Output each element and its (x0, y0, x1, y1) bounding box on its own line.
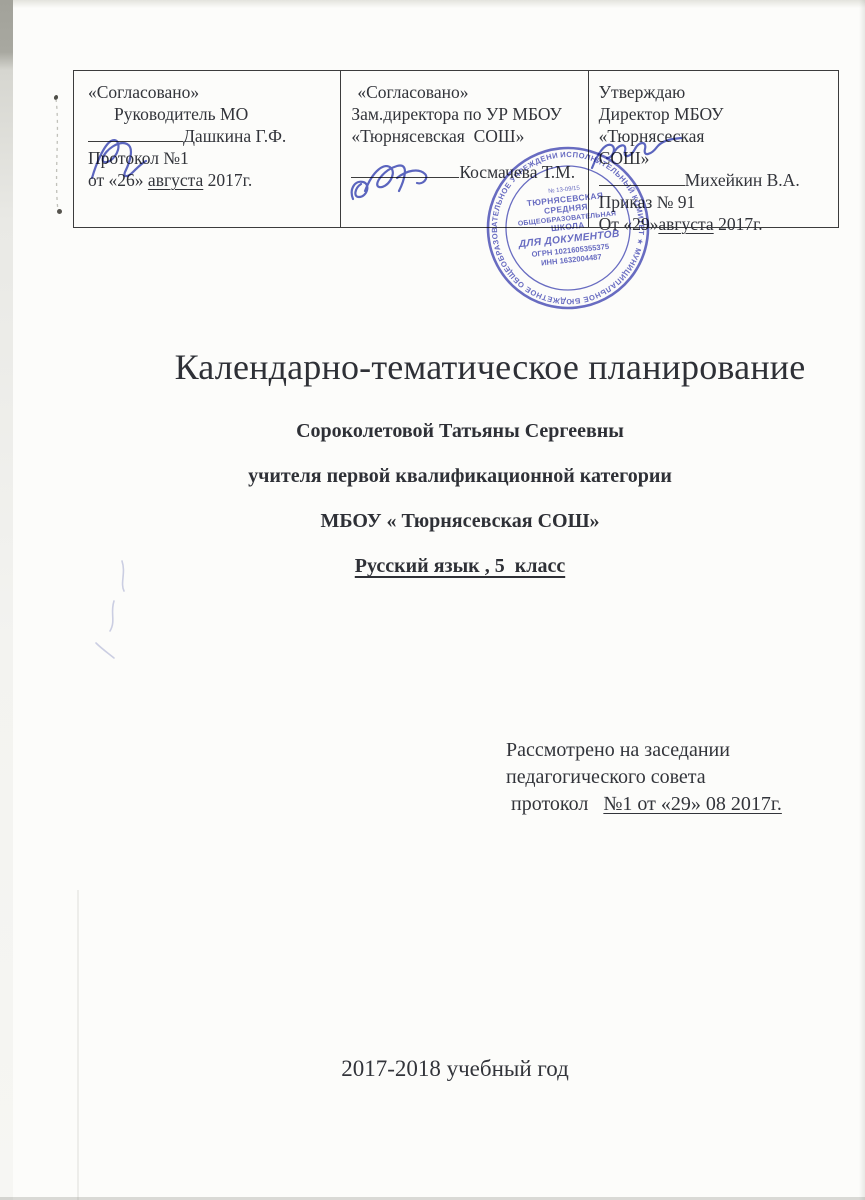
page-title: Календарно-тематическое планирование (95, 346, 865, 388)
signature-dashkina (84, 134, 176, 184)
author-category: учителя первой квалификационной категори… (60, 465, 860, 486)
subject-and-grade: Русский язык , 5 класс (60, 555, 860, 576)
signature-kosmacheva (344, 154, 450, 208)
approval-table: «Согласовано» Руководитель МО Дашкина Г.… (73, 70, 839, 228)
school-year: 2017-2018 учебный год (45, 1056, 865, 1082)
staple-thread (53, 97, 63, 215)
author-block: Сороколетовой Татьяны Сергеевны учителя … (60, 420, 860, 600)
review-note: Рассмотрено на заседании педагогического… (506, 737, 782, 818)
date-suffix-1: 2017г. (203, 170, 252, 190)
date-suffix-3: 2017г. (714, 214, 763, 234)
author-name: Сороколетовой Татьяны Сергеевны (60, 420, 860, 441)
paper-fold-line (77, 890, 79, 1200)
agreed-role-1: Руководитель МО (88, 103, 332, 125)
review-line-2: педагогического совета (506, 764, 782, 791)
review-line-1: Рассмотрено на заседании (506, 737, 782, 764)
approve-header-3: Утверждаю (599, 81, 830, 103)
author-school: МБОУ « Тюрнясевская СОШ» (60, 510, 860, 531)
stamp-school-name-4: ШКОЛА (551, 220, 586, 233)
paper-edge-right (859, 0, 865, 1200)
agreed-role-2b: «Тюрнясевская СОШ» (351, 125, 579, 147)
review-protocol-prefix: протокол (506, 793, 603, 815)
signer-name-3: Михейкин В.А. (685, 170, 800, 190)
scanner-edge-left (0, 0, 13, 1200)
agreed-role-2a: Зам.директора по УР МБОУ (351, 103, 579, 125)
scanned-document-page: «Согласовано» Руководитель МО Дашкина Г.… (0, 0, 865, 1200)
school-round-stamp: ИСПОЛНИТЕЛЬНЫЙ КОМИТЕТ ★ МУНИЦИПАЛЬНОЕ Б… (475, 135, 662, 322)
review-protocol-details: №1 от «29» 08 2017г. (603, 793, 782, 815)
scanner-edge-top (13, 0, 865, 8)
agreed-header-1: «Согласовано» (88, 81, 332, 103)
date-month-3: августа (658, 214, 713, 234)
signer-name-1: Дашкина Г.Ф. (183, 126, 286, 146)
agreed-header-2: «Согласовано» (351, 81, 579, 103)
review-line-3: протокол №1 от «29» 08 2017г. (506, 791, 782, 818)
